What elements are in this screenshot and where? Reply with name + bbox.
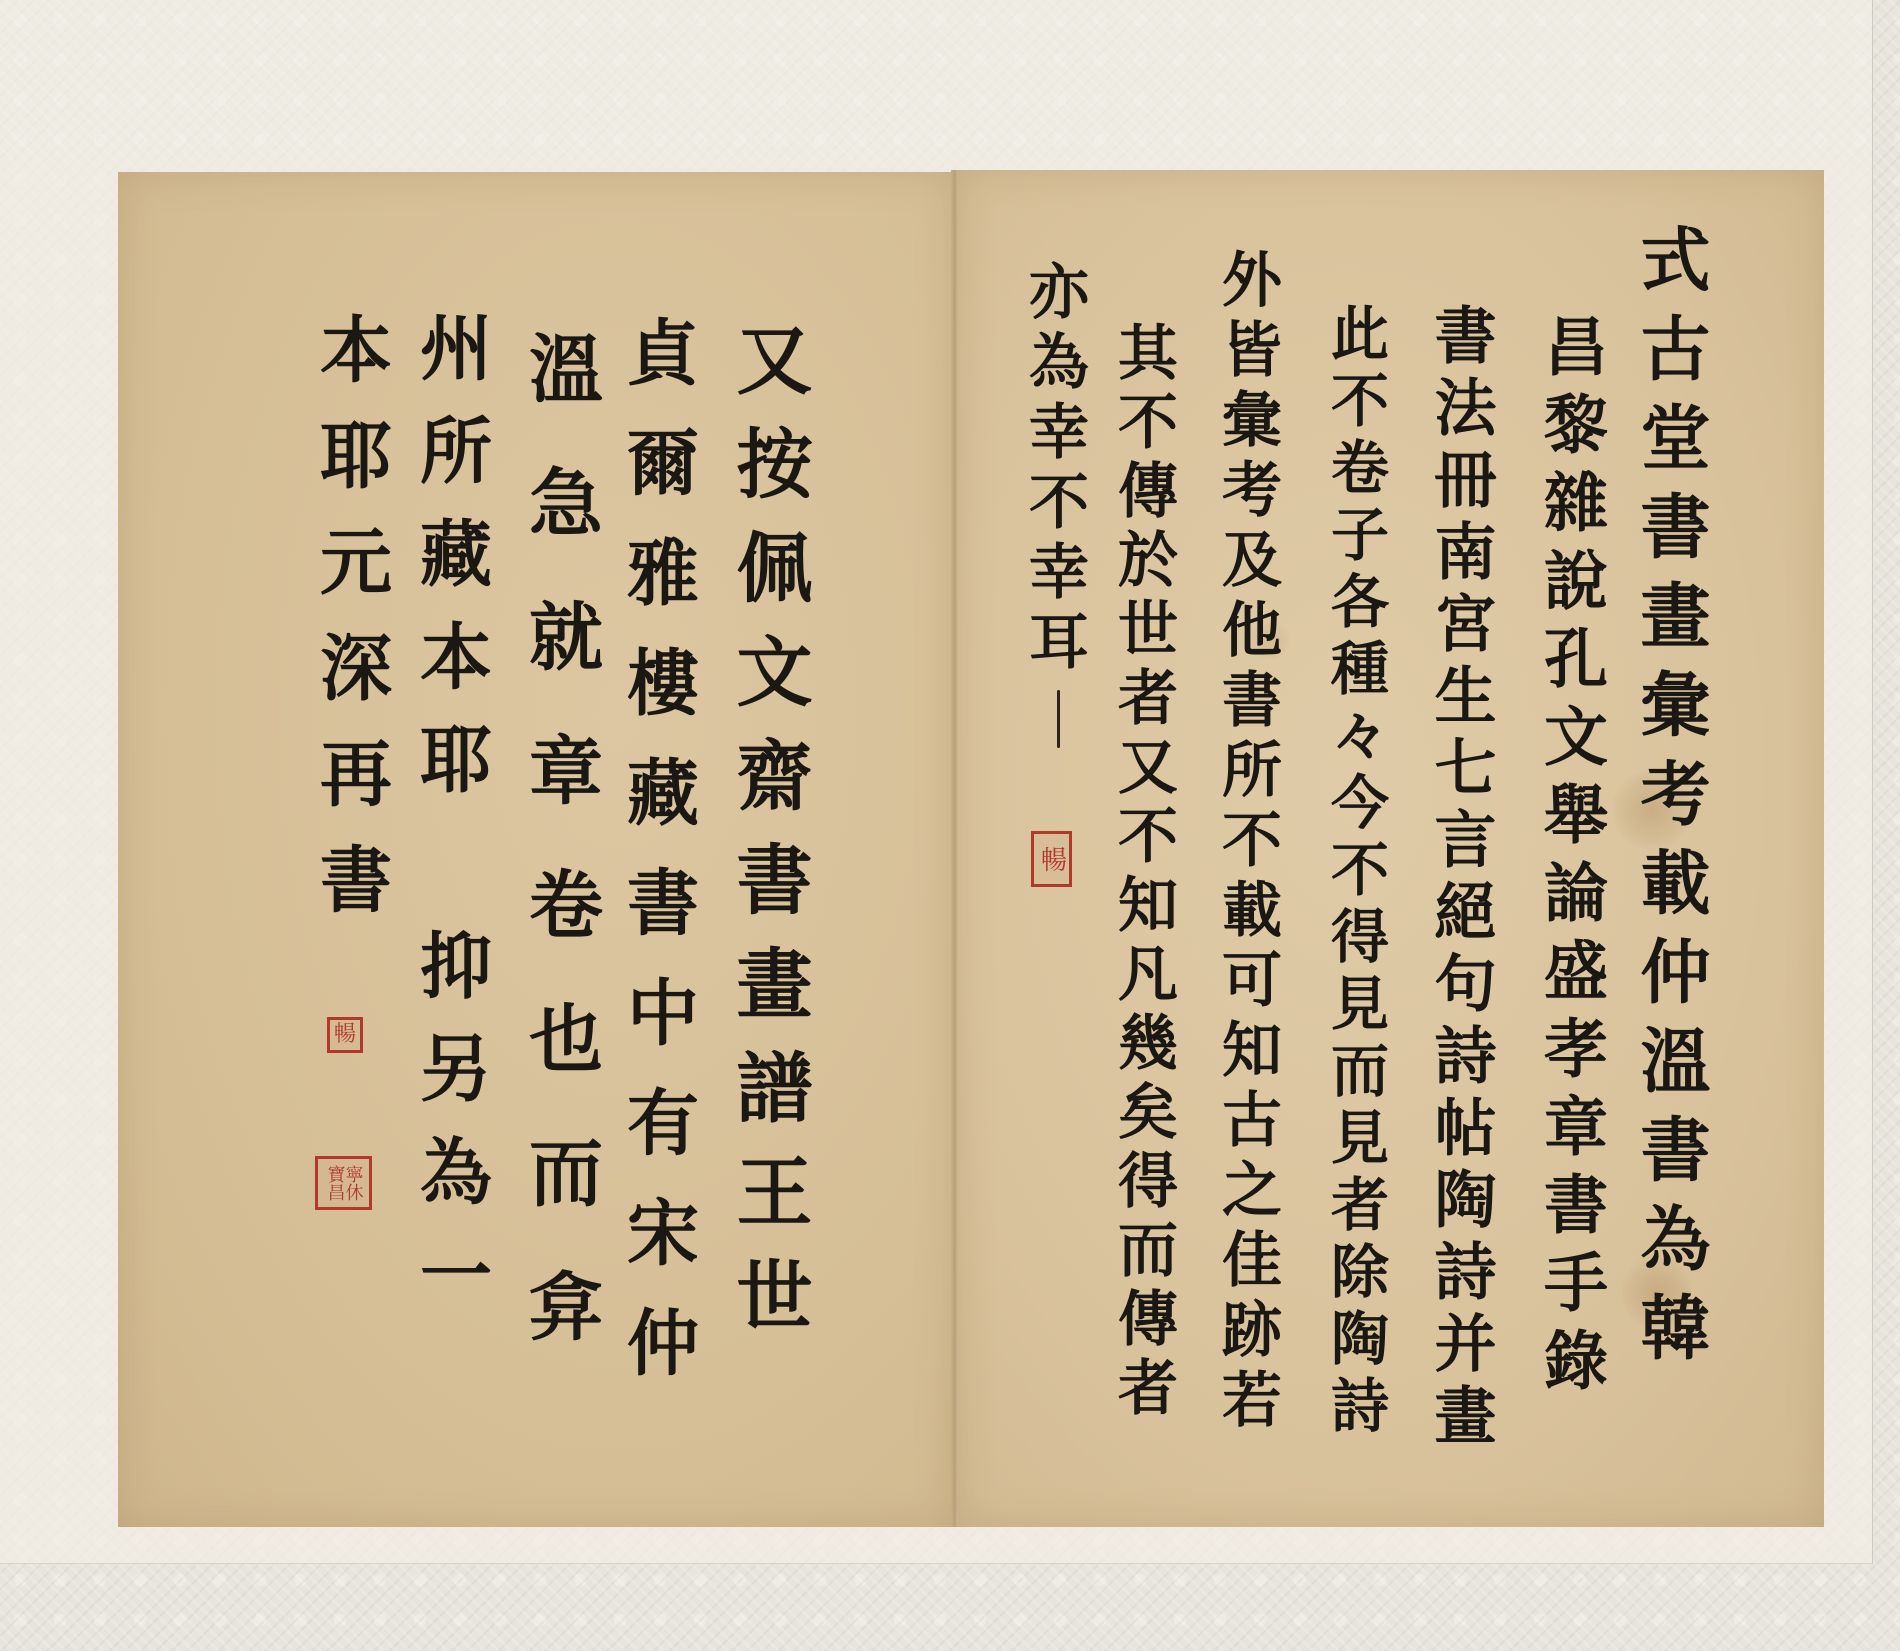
calligraphy-column-right-7: 亦為幸不幸耳: [1024, 260, 1084, 680]
calligraphy-column-right-5: 外皆彙考及他書所不載可知古之佳跡若: [1217, 248, 1277, 1438]
calligraphy-column-right-3: 書法冊南宮生七言絕句詩帖陶詩并畫: [1429, 303, 1491, 1455]
calligraphy-column-left-1: 又按佩文齋書畫譜王世: [730, 320, 806, 1360]
seal-stamp-small: 暢: [327, 1017, 363, 1053]
calligraphy-column-right-2: 昌黎雜說孔文舉論盛孝章書手錄: [1538, 313, 1602, 1405]
calligraphy-column-right-6: 其不傳於世者又不知凡幾矣得而傳者: [1113, 321, 1173, 1425]
calligraphy-column-right-1: 式古堂書畫彙考載仲溫書為韓: [1635, 223, 1705, 1380]
seal-stamp-large: 寧休寶昌: [315, 1156, 372, 1210]
seal-stamp-right: 暢: [1031, 831, 1072, 887]
calligraphy-column-left-5: 本耶元深再書: [314, 312, 386, 948]
calligraphy-column-left-4: 州所藏本耶 抑另為一: [414, 310, 486, 1340]
calligraphy-column-left-3: 溫急就章卷也而弇: [523, 330, 597, 1402]
brush-tail-stroke: [1057, 690, 1060, 748]
leaf-fold: [951, 170, 958, 1527]
calligraphy-column-left-2: 貞爾雅樓藏書中有宋仲: [621, 315, 693, 1415]
calligraphy-column-right-4: 此不卷子各種々今不得見而見者除陶詩: [1326, 303, 1384, 1442]
